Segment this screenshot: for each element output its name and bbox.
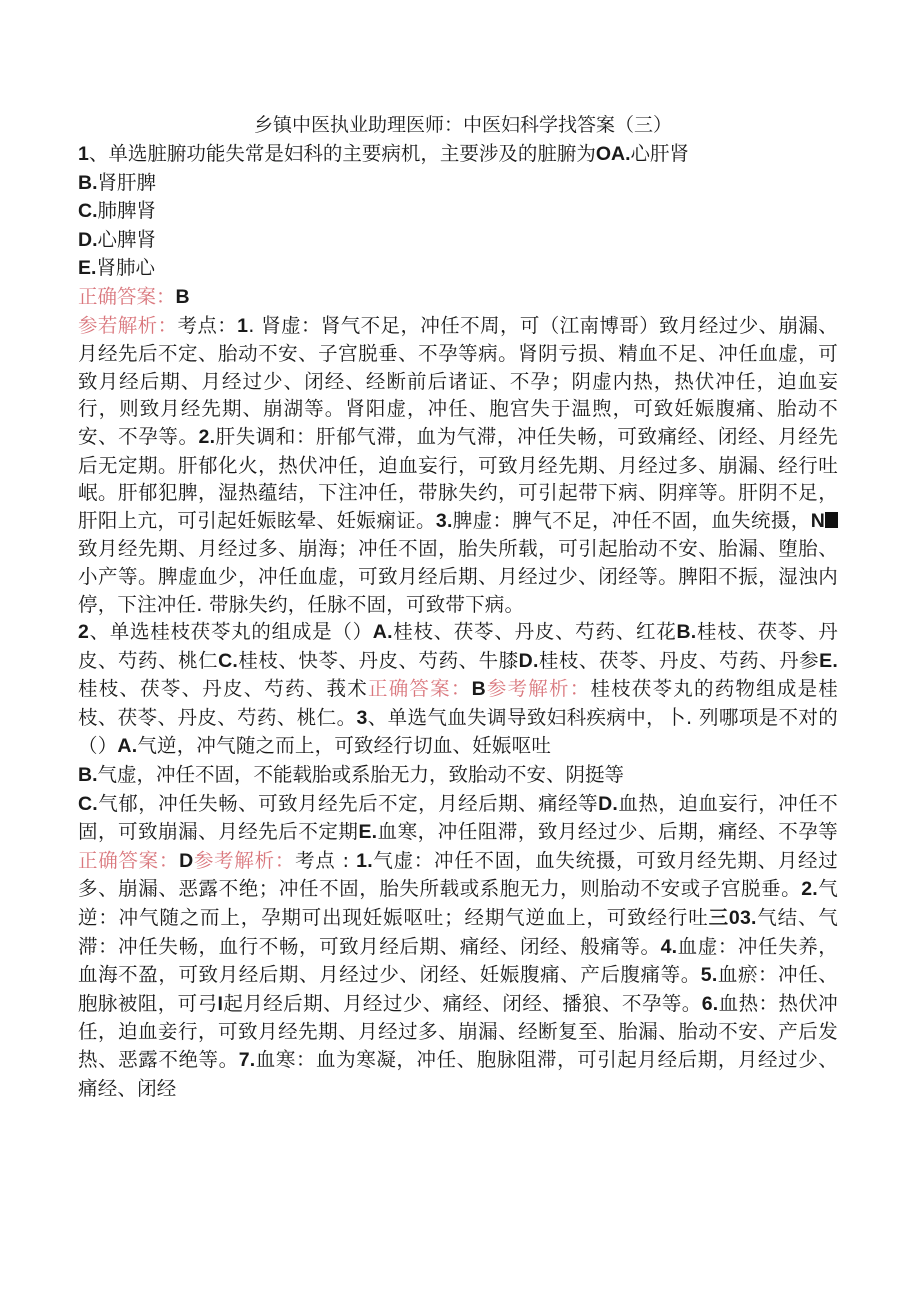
- analysis-label: 参考解析：: [486, 677, 591, 700]
- answer-value: B: [176, 286, 190, 308]
- q3-block: C.气郁，冲任失畅、可致月经先后不定，月经后期、痛经等D.血热，迫血妄行，冲任不…: [78, 790, 838, 1103]
- q2-block: 2、单选桂枝茯苓丸的组成是（）A.桂枝、茯苓、丹皮、芍药、红花B.桂枝、茯苓、丹…: [78, 618, 838, 761]
- q1-stem: 1、单选脏腑功能失常是妇科的主要病机，主要涉及的脏腑为OA.心肝肾: [78, 140, 838, 169]
- redacted-block-icon: [825, 512, 838, 528]
- document-page: 乡镇中医执业助理医师：中医妇科学找答案（三） 1、单选脏腑功能失常是妇科的主要病…: [78, 112, 838, 1102]
- answer-label: 正确答案：: [78, 285, 176, 308]
- q1-answer: 正确答案：B: [78, 283, 838, 312]
- q1-option-a-text: 心肝肾: [631, 142, 690, 165]
- q2-number: 2: [78, 621, 89, 643]
- answer-label: 正确答案：: [78, 849, 179, 872]
- q1-option-d: D.心脾肾: [78, 226, 838, 255]
- q1-option-c: C.肺脾肾: [78, 197, 838, 226]
- answer-label: 正确答案：: [368, 677, 472, 700]
- answer-value: D: [179, 850, 193, 872]
- q3-option-b: B.气虚，冲任不固，不能载胎或系胎无力，致胎动不安、阴挺等: [78, 761, 838, 790]
- analysis-label: 参考解析：: [193, 849, 295, 872]
- q1-number: 1: [78, 143, 89, 165]
- q3-number: 3: [356, 707, 367, 729]
- q1-option-b: B.肾肝脾: [78, 169, 838, 198]
- answer-value: B: [472, 678, 486, 700]
- q1-option-e: E.肾肺心: [78, 254, 838, 283]
- q1-option-a-label: OA.: [596, 143, 631, 165]
- q1-analysis: 参若解析：考点：1. 肾虚：肾气不足，冲任不周，可（江南博哥）致月经过少、崩漏、…: [78, 312, 838, 619]
- analysis-label: 参若解析：: [78, 314, 177, 337]
- document-title: 乡镇中医执业助理医师：中医妇科学找答案（三）: [78, 112, 838, 138]
